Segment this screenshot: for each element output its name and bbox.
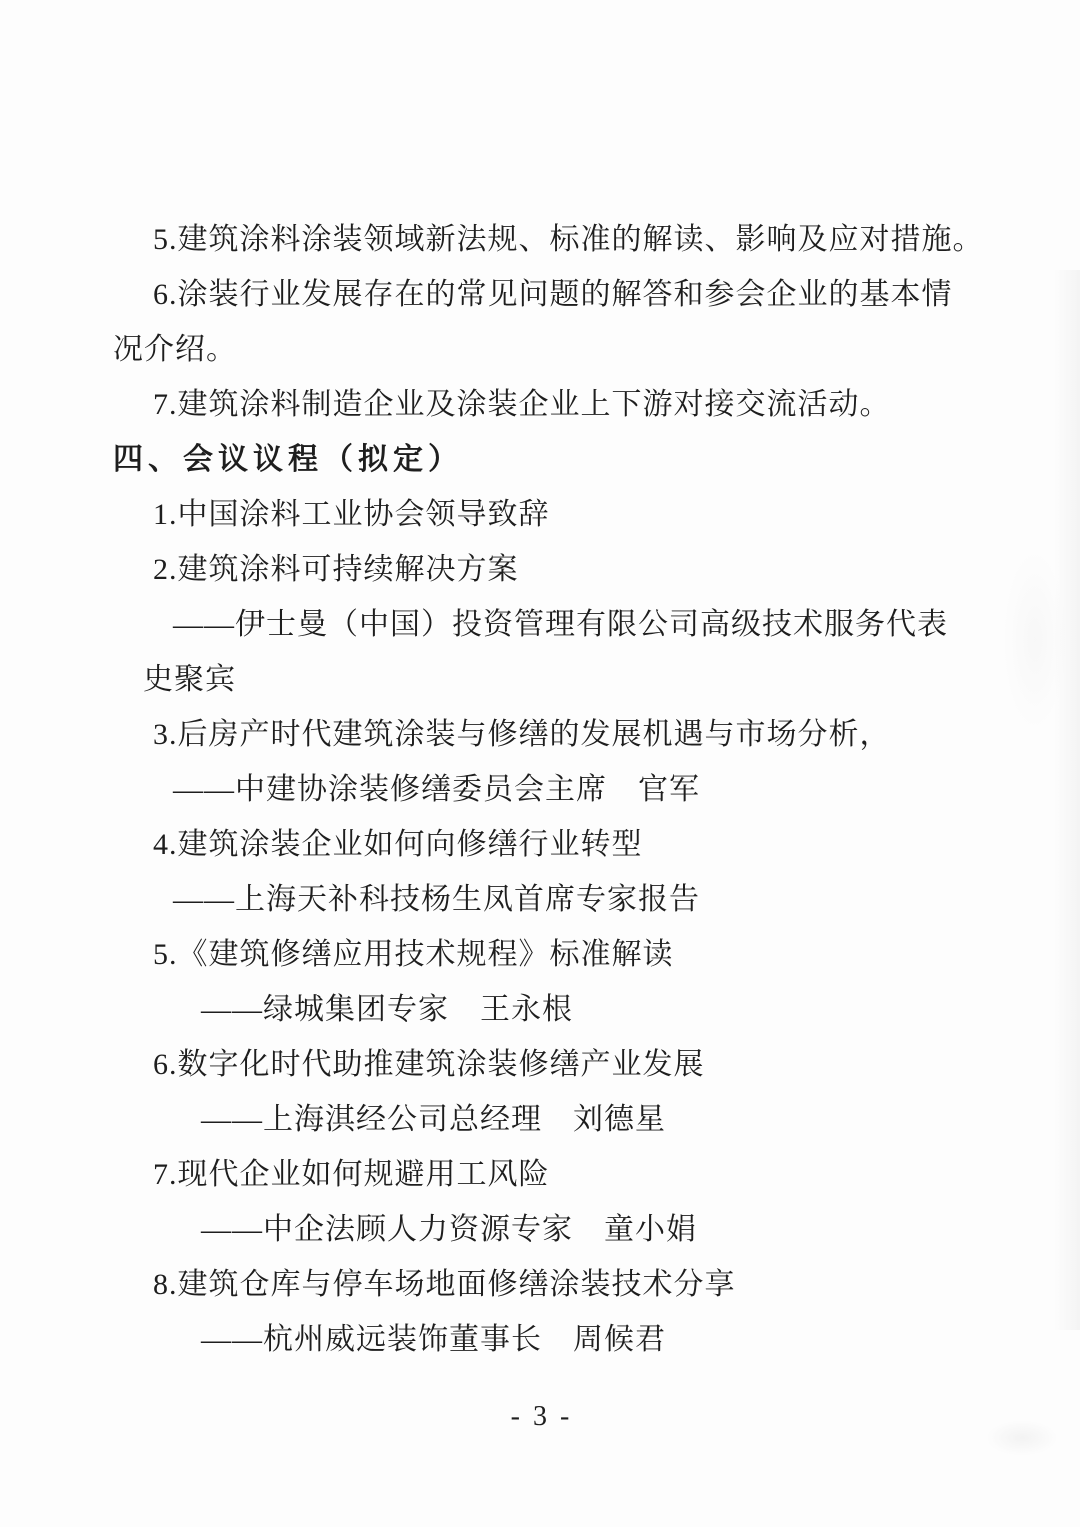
document-body: 5.建筑涂料涂装领域新法规、标准的解读、影响及应对措施。 6.涂装行业发展存在的… <box>113 212 970 1444</box>
doc-line: 8.建筑仓库与停车场地面修缮涂装技术分享 <box>153 1257 970 1312</box>
doc-line: 7.现代企业如何规避用工风险 <box>153 1147 970 1202</box>
section-heading-agenda: 四、会议议程（拟定） <box>113 432 970 487</box>
doc-line-speaker: ——中企法顾人力资源专家 童小娟 <box>201 1202 970 1257</box>
doc-line-speaker: ——上海天补科技杨生凤首席专家报告 <box>173 872 970 927</box>
scan-artifact <box>1054 270 1080 1330</box>
page-number: - 3 - <box>113 1389 970 1444</box>
doc-line: 4.建筑涂装企业如何向修缮行业转型 <box>153 817 970 872</box>
doc-line-speaker: ——上海淇经公司总经理 刘德星 <box>201 1092 970 1147</box>
doc-line: 6.数字化时代助推建筑涂装修缮产业发展 <box>153 1037 970 1092</box>
doc-line: 史聚宾 <box>143 652 970 707</box>
doc-line-speaker: ——伊士曼（中国）投资管理有限公司高级技术服务代表 <box>173 597 970 652</box>
document-page: 5.建筑涂料涂装领域新法规、标准的解读、影响及应对措施。 6.涂装行业发展存在的… <box>0 0 1080 1527</box>
doc-line: 7.建筑涂料制造企业及涂装企业上下游对接交流活动。 <box>153 377 970 432</box>
scan-artifact <box>986 1420 1058 1456</box>
doc-line: 6.涂装行业发展存在的常见问题的解答和参会企业的基本情 <box>153 267 970 322</box>
doc-line-speaker: ——绿城集团专家 王永根 <box>201 982 970 1037</box>
doc-line: 1.中国涂料工业协会领导致辞 <box>153 487 970 542</box>
doc-line: 5.《建筑修缮应用技术规程》标准解读 <box>153 927 970 982</box>
doc-line: 2.建筑涂料可持续解决方案 <box>153 542 970 597</box>
doc-line-speaker: ——中建协涂装修缮委员会主席 官军 <box>173 762 970 817</box>
doc-line-speaker: ——杭州威远装饰董事长 周候君 <box>201 1312 970 1367</box>
doc-line: 5.建筑涂料涂装领域新法规、标准的解读、影响及应对措施。 <box>153 212 970 267</box>
doc-line: 3.后房产时代建筑涂装与修缮的发展机遇与市场分析， <box>153 707 970 762</box>
scan-artifact <box>1005 555 1065 725</box>
doc-line: 况介绍。 <box>113 322 970 377</box>
